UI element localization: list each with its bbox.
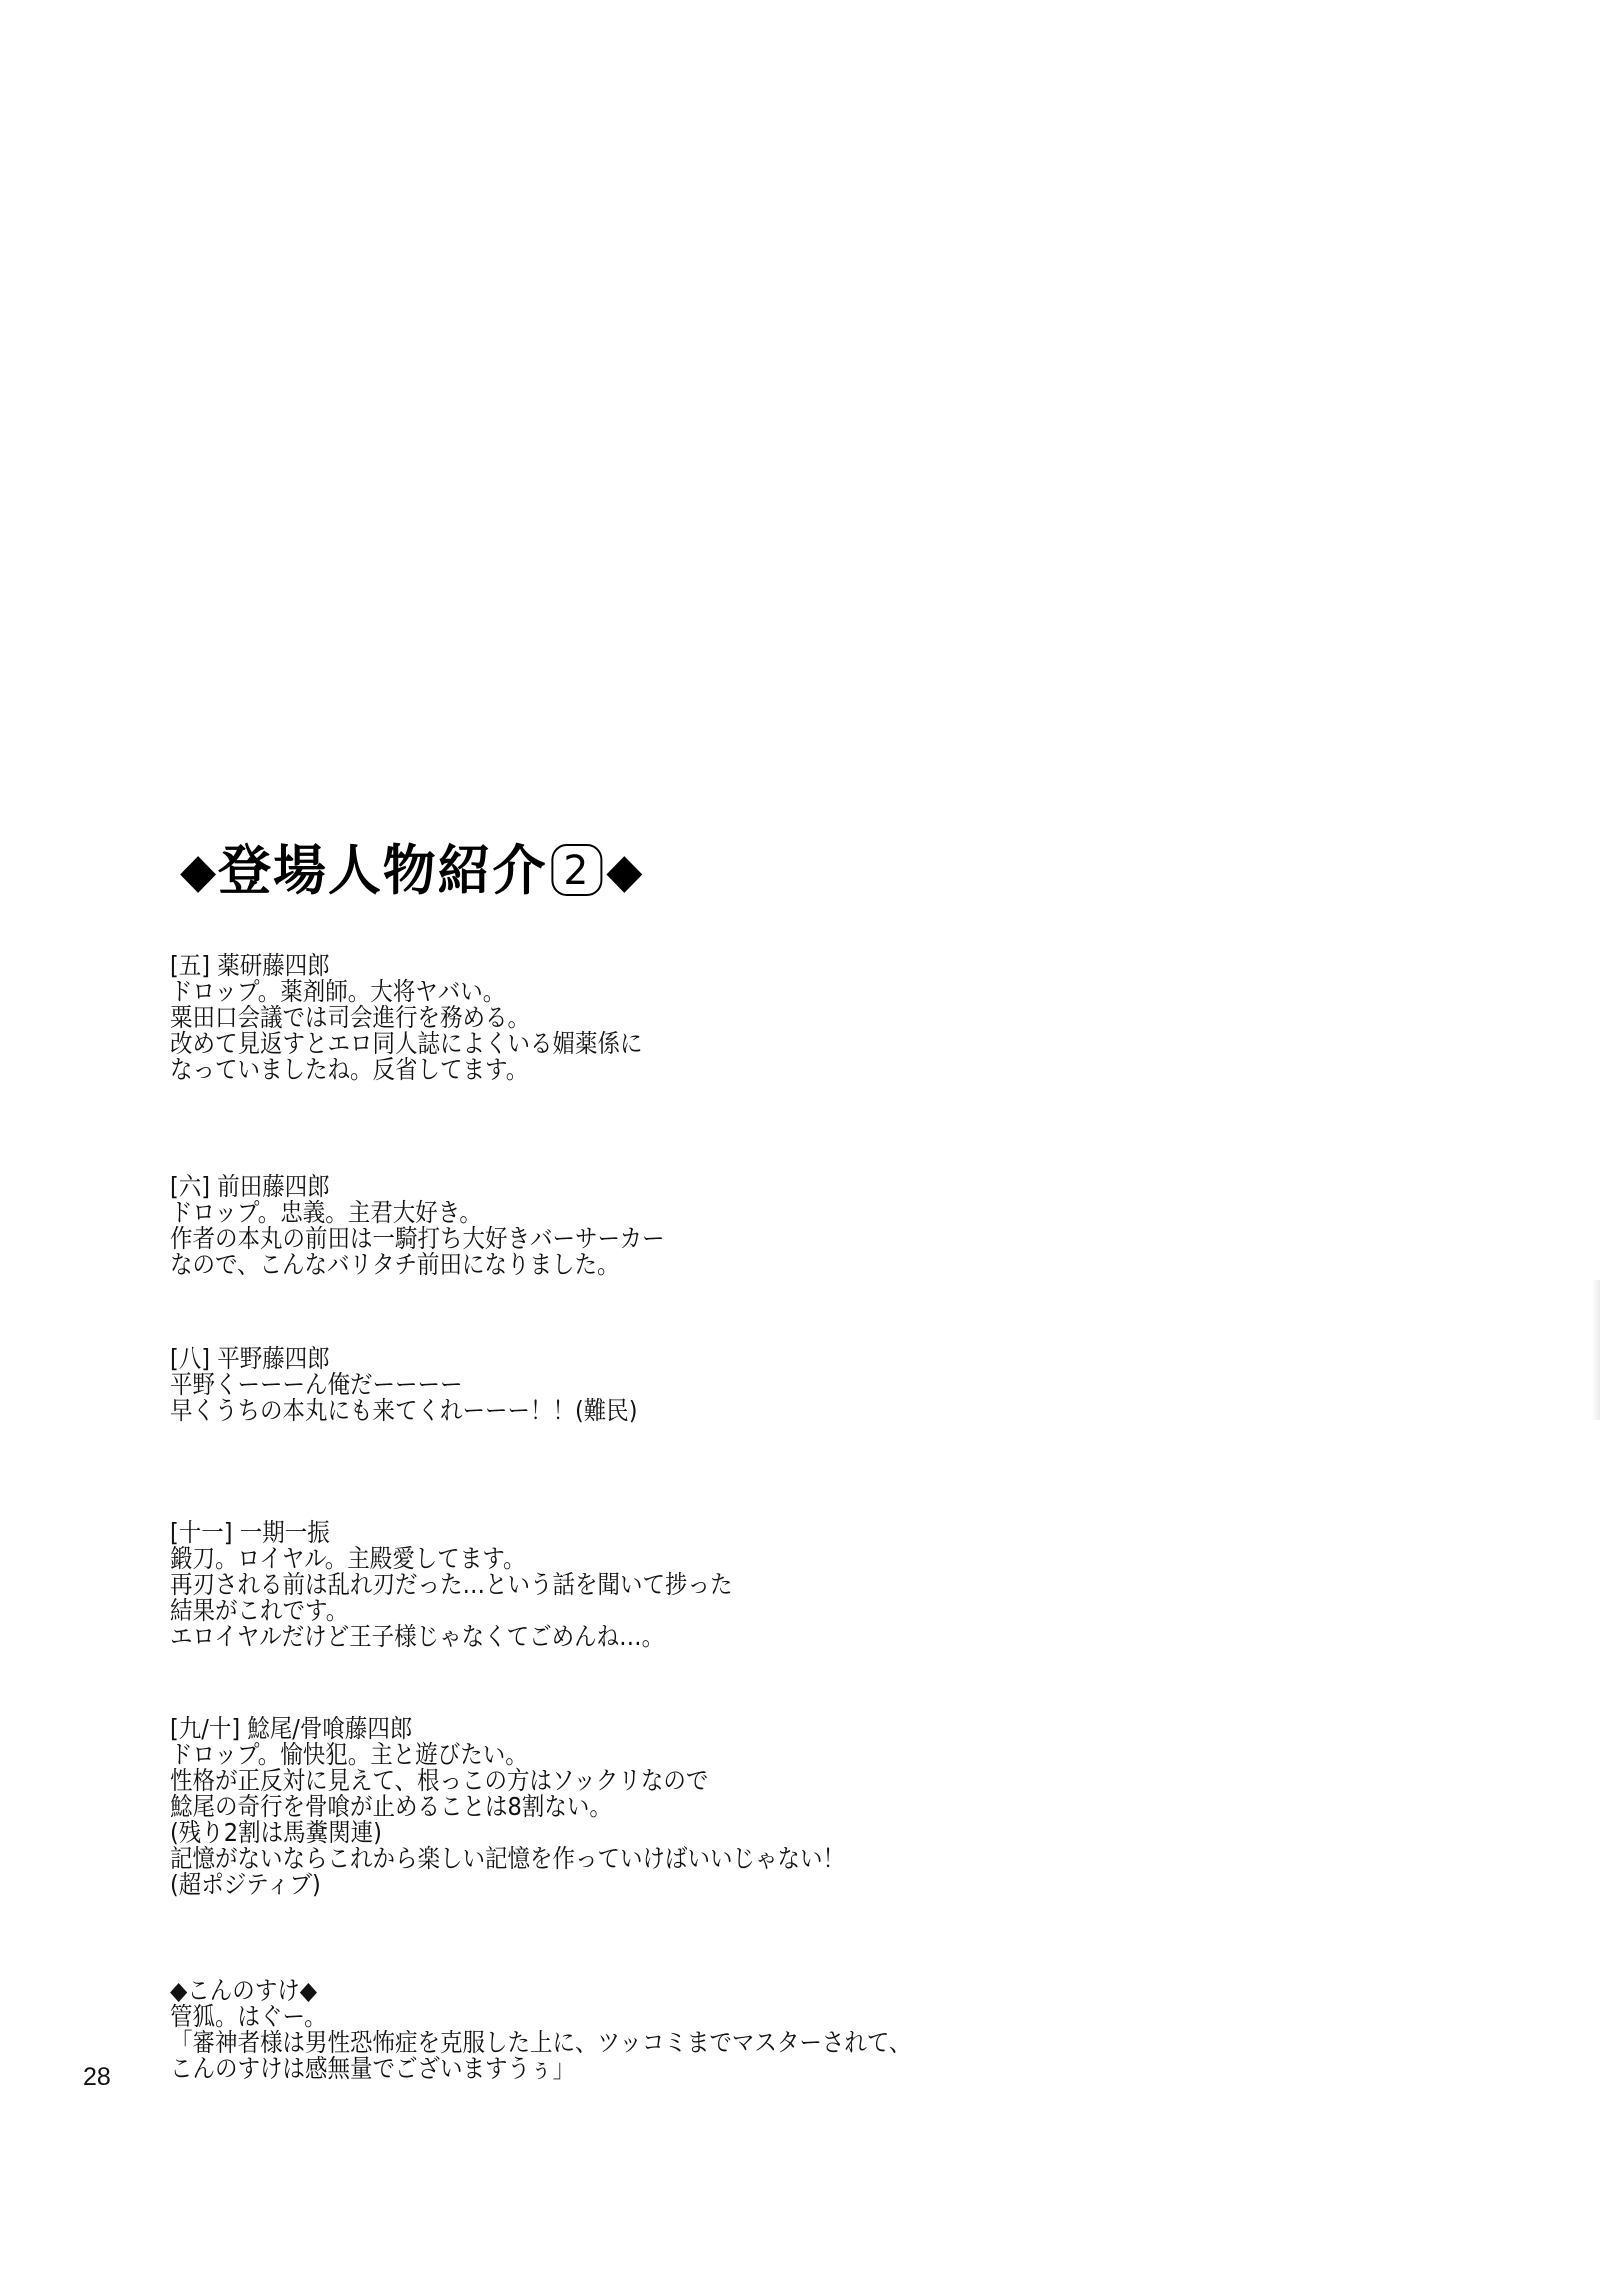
character-header: [八] 平野藤四郎 [170, 1346, 638, 1372]
character-line: 作者の本丸の前田は一騎打ち大好きバーサーカー [170, 1226, 665, 1252]
manga-page: ◆登場人物紹介2◆ [五] 薬研藤四郎 ドロップ。薬剤師。大将ヤバい。 粟田口会… [0, 0, 1600, 2274]
character-line: (超ポジティブ) [170, 1872, 845, 1898]
character-line: ドロップ。忠義。主君大好き。 [170, 1200, 665, 1226]
scan-edge-shadow [1592, 1280, 1600, 1420]
character-entry-yagen: [五] 薬研藤四郎 ドロップ。薬剤師。大将ヤバい。 粟田口会議では司会進行を務め… [170, 953, 643, 1083]
character-line: 再刃される前は乱れ刃だった…という話を聞いて捗った [170, 1572, 733, 1598]
character-entry-hirano: [八] 平野藤四郎 平野くーーーん俺だーーーー 早くうちの本丸にも来てくれーーー… [170, 1346, 638, 1424]
diamond-icon: ◆ [180, 840, 218, 902]
character-line: 管狐。はぐー。 [170, 2004, 911, 2030]
character-entry-maeda: [六] 前田藤四郎 ドロップ。忠義。主君大好き。 作者の本丸の前田は一騎打ち大好… [170, 1174, 665, 1278]
character-line: 記憶がないならこれから楽しい記憶を作っていけばいいじゃない！ [170, 1846, 845, 1872]
character-line: 改めて見返すとエロ同人誌によくいる媚薬係に [170, 1031, 643, 1057]
character-line: なので、こんなバリタチ前田になりました。 [170, 1252, 665, 1278]
page-number: 28 [83, 2063, 111, 2091]
character-header: [十一] 一期一振 [170, 1520, 733, 1546]
character-line: 粟田口会議では司会進行を務める。 [170, 1005, 643, 1031]
character-line: こんのすけは感無量でございますうぅ」 [170, 2056, 911, 2082]
character-entry-ichigo: [十一] 一期一振 鍛刀。ロイヤル。主殿愛してます。 再刃される前は乱れ刃だった… [170, 1520, 733, 1650]
character-header: [五] 薬研藤四郎 [170, 953, 643, 979]
character-line: 鯰尾の奇行を骨喰が止めることは8割ない。 [170, 1794, 845, 1820]
character-line: (残り2割は馬糞関連) [170, 1820, 845, 1846]
title-text: 登場人物紹介 [218, 839, 547, 902]
character-header: ◆こんのすけ◆ [170, 1978, 911, 2004]
character-entry-konnosuke: ◆こんのすけ◆ 管狐。はぐー。 「審神者様は男性恐怖症を克服した上に、ツッコミま… [170, 1978, 911, 2082]
character-line: 結果がこれです。 [170, 1598, 733, 1624]
character-line: 鍛刀。ロイヤル。主殿愛してます。 [170, 1546, 733, 1572]
character-header: [九/十] 鯰尾/骨喰藤四郎 [170, 1716, 845, 1742]
diamond-icon: ◆ [606, 840, 644, 902]
character-header: [六] 前田藤四郎 [170, 1174, 665, 1200]
character-line: 平野くーーーん俺だーーーー [170, 1372, 638, 1398]
character-line: エロイヤルだけど王子様じゃなくてごめんね…。 [170, 1624, 733, 1650]
character-line: ドロップ。薬剤師。大将ヤバい。 [170, 979, 643, 1005]
character-entry-namazuo-honebami: [九/十] 鯰尾/骨喰藤四郎 ドロップ。愉快犯。主と遊びたい。 性格が正反対に見… [170, 1716, 845, 1898]
character-line: なっていましたね。反省してます。 [170, 1057, 643, 1083]
character-line: 「審神者様は男性恐怖症を克服した上に、ツッコミまでマスターされて、 [170, 2030, 911, 2056]
character-line: 性格が正反対に見えて、根っこの方はソックリなので [170, 1768, 845, 1794]
character-line: ドロップ。愉快犯。主と遊びたい。 [170, 1742, 845, 1768]
page-title: ◆登場人物紹介2◆ [180, 840, 644, 902]
character-line: 早くうちの本丸にも来てくれーーー！！(難民) [170, 1398, 638, 1424]
circled-number: 2 [551, 844, 602, 896]
